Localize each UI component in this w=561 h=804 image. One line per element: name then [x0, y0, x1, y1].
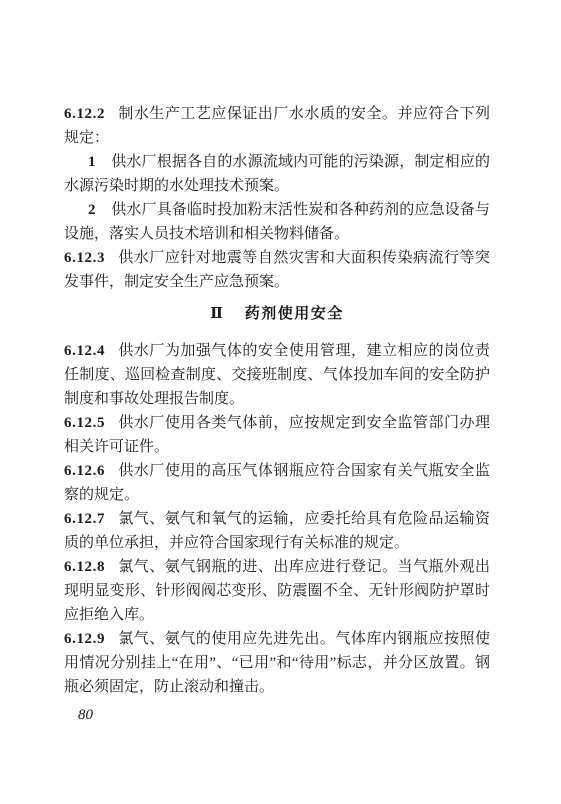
clause-6-12-7: 6.12.7氯气、氨气和氧气的运输，应委托给具有危险品运输资质的单位承担，并应符… [64, 507, 490, 555]
clause-6-12-9: 6.12.9氯气、氨气的使用应先进先出。气体库内钢瓶应按照使用情况分别挂上“在用… [64, 627, 490, 699]
clause-text: 供水厂为加强气体的安全使用管理，建立相应的岗位责任制度、巡回检查制度、交接班制度… [64, 343, 490, 407]
section-numeral: Ⅱ [210, 306, 223, 322]
page-number: 80 [78, 703, 490, 727]
section-title: 药剂使用安全 [245, 306, 344, 322]
clause-number: 6.12.3 [64, 250, 105, 266]
clause-6-12-3: 6.12.3供水厂应针对地震等自然灾害和大面积传染病流行等突发事件，制定安全生产… [64, 246, 490, 294]
clause-text: 氯气、氨气和氧气的运输，应委托给具有危险品运输资质的单位承担，并应符合国家现行有… [64, 511, 490, 551]
clause-text: 氯气、氨气的使用应先进先出。气体库内钢瓶应按照使用情况分别挂上“在用”、“已用”… [64, 631, 490, 695]
clause-text: 氯气、氨气钢瓶的进、出库应进行登记。当气瓶外观出现明显变形、针形阀阀芯变形、防震… [64, 559, 490, 623]
document-page: 6.12.2制水生产工艺应保证出厂水水质的安全。并应符合下列规定： 1供水厂根据… [0, 0, 561, 804]
clause-6-12-5: 6.12.5供水厂使用各类气体前，应按规定到安全监管部门办理相关许可证件。 [64, 411, 490, 459]
clause-number: 6.12.6 [64, 463, 105, 479]
subitem-number: 1 [88, 154, 96, 170]
clause-6-12-6: 6.12.6供水厂使用的高压气体钢瓶应符合国家有关气瓶安全监察的规定。 [64, 459, 490, 507]
subitem-2: 2供水厂具备临时投加粉末活性炭和各种药剂的应急设备与设施，落实人员技术培训和相关… [64, 198, 490, 246]
clause-text: 供水厂使用各类气体前，应按规定到安全监管部门办理相关许可证件。 [64, 415, 490, 455]
clause-number: 6.12.4 [64, 343, 105, 359]
clause-number: 6.12.7 [64, 511, 105, 527]
clause-6-12-4: 6.12.4供水厂为加强气体的安全使用管理，建立相应的岗位责任制度、巡回检查制度… [64, 339, 490, 411]
clause-6-12-8: 6.12.8氯气、氨气钢瓶的进、出库应进行登记。当气瓶外观出现明显变形、针形阀阀… [64, 555, 490, 627]
page-content: 6.12.2制水生产工艺应保证出厂水水质的安全。并应符合下列规定： 1供水厂根据… [64, 0, 490, 727]
clause-number: 6.12.5 [64, 415, 105, 431]
section-header: Ⅱ药剂使用安全 [64, 302, 490, 327]
subitem-1: 1供水厂根据各自的水源流域内可能的污染源，制定相应的水源污染时期的水处理技术预案… [64, 150, 490, 198]
clause-number: 6.12.2 [64, 106, 105, 122]
clause-number: 6.12.8 [64, 559, 105, 575]
subitem-text: 供水厂具备临时投加粉末活性炭和各种药剂的应急设备与设施，落实人员技术培训和相关物… [64, 202, 490, 242]
clause-6-12-2: 6.12.2制水生产工艺应保证出厂水水质的安全。并应符合下列规定： [64, 102, 490, 150]
subitem-text: 供水厂根据各自的水源流域内可能的污染源，制定相应的水源污染时期的水处理技术预案。 [64, 154, 490, 194]
clause-text: 供水厂使用的高压气体钢瓶应符合国家有关气瓶安全监察的规定。 [64, 463, 490, 503]
clause-text: 供水厂应针对地震等自然灾害和大面积传染病流行等突发事件，制定安全生产应急预案。 [64, 250, 490, 290]
clause-number: 6.12.9 [64, 631, 105, 647]
subitem-number: 2 [88, 202, 96, 218]
clause-text: 制水生产工艺应保证出厂水水质的安全。并应符合下列规定： [64, 106, 490, 146]
